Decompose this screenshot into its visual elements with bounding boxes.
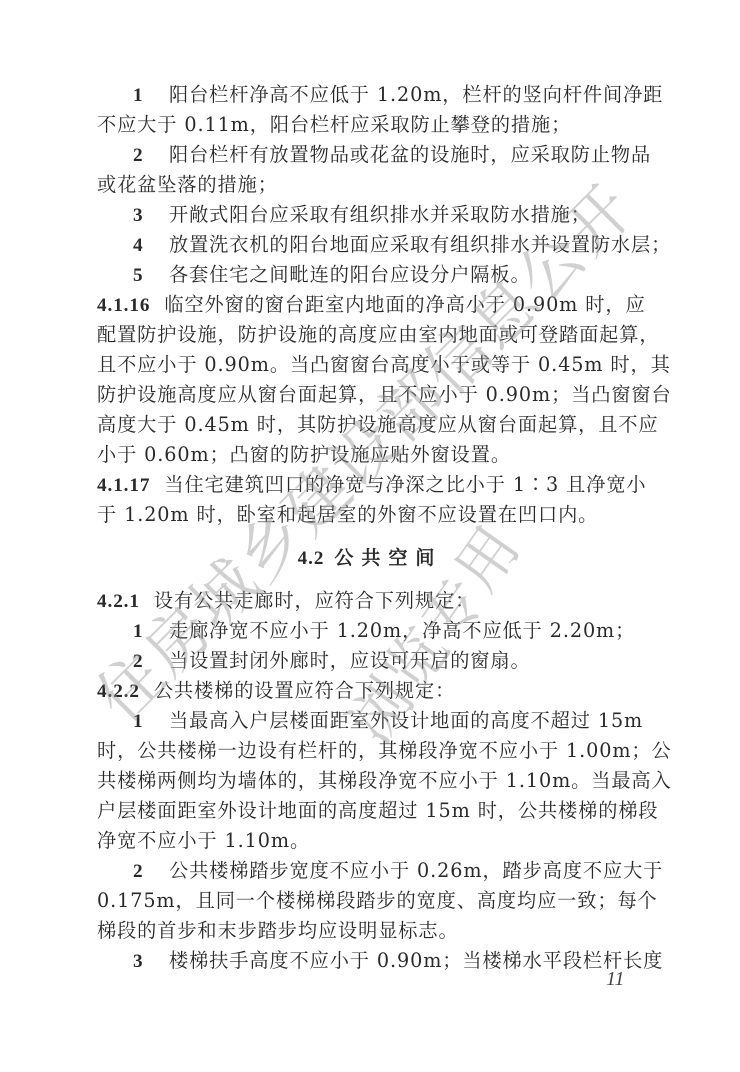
list-item-line: 4放置洗衣机的阳台地面应采取有组织排水并设置防水层； [97, 230, 643, 260]
line-text: 公共楼梯的设置应符合下列规定： [154, 679, 455, 702]
line-text: 高度大于 0.45m 时，其防护设施高度应从窗台面起算，且不应 [97, 413, 659, 436]
line-text: 净宽不应小于 1.10m。 [97, 829, 310, 852]
line-text: 开敞式阳台应采取有组织排水并采取防水措施； [169, 203, 591, 226]
item-number: 3 [133, 947, 169, 977]
continuation-line: 防护设施高度应从窗台面起算，且不应小于 0.90m；当凸窗窗台 [97, 380, 643, 410]
section-title: 公共空间 [334, 547, 442, 569]
line-text: 设有公共走廊时，应符合下列规定： [154, 589, 475, 612]
line-text: 当住宅建筑凹口的净宽与净深之比小于 1∶3 且净宽小 [164, 473, 646, 496]
section-heading: 4.2公共空间 [97, 530, 643, 574]
continuation-line: 时，公共楼梯一边设有栏杆的，其梯段净宽不应小于 1.00m；公 [97, 736, 643, 766]
line-text: 共楼梯两侧均为墙体的，其梯段净宽不应小于 1.10m。当最高入 [97, 769, 672, 792]
list-item-line: 2阳台栏杆有放置物品或花盆的设施时，应采取防止物品 [97, 140, 643, 170]
line-text: 当最高入户层楼面距室外设计地面的高度不超过 15m [169, 709, 643, 732]
item-number: 4 [133, 231, 169, 261]
continuation-line: 0.175m，且同一个楼梯梯段踏步的宽度、高度均应一致；每个 [97, 886, 643, 916]
item-number: 2 [133, 141, 169, 171]
section-4-2: 4.2.1设有公共走廊时，应符合下列规定：1走廊净宽不应小于 1.20m，净高不… [97, 586, 643, 976]
clause-number: 4.1.16 [97, 291, 150, 321]
item-number: 5 [133, 261, 169, 291]
section-4-1-continued: 1阳台栏杆净高不应低于 1.20m，栏杆的竖向杆件间净距不应大于 0.11m，阳… [97, 80, 643, 530]
continuation-line: 高度大于 0.45m 时，其防护设施高度应从窗台面起算，且不应 [97, 410, 643, 440]
body-text: 1阳台栏杆净高不应低于 1.20m，栏杆的竖向杆件间净距不应大于 0.11m，阳… [97, 80, 643, 976]
clause-number: 4.2.1 [97, 587, 140, 617]
line-text: 时，公共楼梯一边设有栏杆的，其梯段净宽不应小于 1.00m；公 [97, 739, 672, 762]
line-text: 或花盆坠落的措施； [97, 173, 278, 196]
list-item-line: 3开敞式阳台应采取有组织排水并采取防水措施； [97, 200, 643, 230]
continuation-line: 配置防护设施，防护设施的高度应由室内地面或可登踏面起算， [97, 320, 643, 350]
line-text: 阳台栏杆净高不应低于 1.20m，栏杆的竖向杆件间净距 [169, 83, 663, 106]
line-text: 户层楼面距室外设计地面的高度超过 15m 时，公共楼梯的梯段 [97, 799, 659, 822]
clause-number: 4.2.2 [97, 677, 140, 707]
line-text: 走廊净宽不应小于 1.20m，净高不应低于 2.20m； [169, 619, 635, 642]
item-number: 1 [133, 707, 169, 737]
list-item-line: 2公共楼梯踏步宽度不应小于 0.26m，踏步高度不应大于 [97, 856, 643, 886]
line-text: 放置洗衣机的阳台地面应采取有组织排水并设置防水层； [169, 233, 671, 256]
line-text: 梯段的首步和末步踏步均应设明显标志。 [97, 919, 459, 942]
line-text: 楼梯扶手高度不应小于 0.90m；当楼梯水平段栏杆长度 [169, 949, 663, 972]
list-item-line: 5各套住宅之间毗连的阳台应设分户隔板。 [97, 260, 643, 290]
item-number: 3 [133, 201, 169, 231]
continuation-line: 小于 0.60m；凸窗的防护设施应贴外窗设置。 [97, 440, 643, 470]
line-text: 当设置封闭外廊时，应设可开启的窗扇。 [169, 649, 531, 672]
line-text: 各套住宅之间毗连的阳台应设分户隔板。 [169, 263, 531, 286]
item-number: 2 [133, 857, 169, 887]
list-item-line: 1阳台栏杆净高不应低于 1.20m，栏杆的竖向杆件间净距 [97, 80, 643, 110]
clause-line: 4.1.16临空外窗的窗台距室内地面的净高小于 0.90m 时，应 [97, 290, 643, 320]
line-text: 于 1.20m 时，卧室和起居室的外窗不应设置在凹口内。 [97, 503, 598, 526]
item-number: 2 [133, 647, 169, 677]
line-text: 阳台栏杆有放置物品或花盆的设施时，应采取防止物品 [169, 143, 651, 166]
list-item-line: 2当设置封闭外廊时，应设可开启的窗扇。 [97, 646, 643, 676]
line-text: 公共楼梯踏步宽度不应小于 0.26m，踏步高度不应大于 [169, 859, 663, 882]
line-text: 不应大于 0.11m，阳台栏杆应采取防止攀登的措施； [97, 113, 571, 136]
continuation-line: 共楼梯两侧均为墙体的，其梯段净宽不应小于 1.10m。当最高入 [97, 766, 643, 796]
list-item-line: 1走廊净宽不应小于 1.20m，净高不应低于 2.20m； [97, 616, 643, 646]
continuation-line: 且不应小于 0.90m。当凸窗窗台高度小于或等于 0.45m 时，其 [97, 350, 643, 380]
line-text: 且不应小于 0.90m。当凸窗窗台高度小于或等于 0.45m 时，其 [97, 353, 671, 376]
item-number: 1 [133, 81, 169, 111]
list-item-line: 1当最高入户层楼面距室外设计地面的高度不超过 15m [97, 706, 643, 736]
line-text: 临空外窗的窗台距室内地面的净高小于 0.90m 时，应 [164, 293, 645, 316]
item-number: 1 [133, 617, 169, 647]
clause-line: 4.1.17当住宅建筑凹口的净宽与净深之比小于 1∶3 且净宽小 [97, 470, 643, 500]
clause-line: 4.2.2公共楼梯的设置应符合下列规定： [97, 676, 643, 706]
line-text: 防护设施高度应从窗台面起算，且不应小于 0.90m；当凸窗窗台 [97, 383, 672, 406]
document-page: 1阳台栏杆净高不应低于 1.20m，栏杆的竖向杆件间净距不应大于 0.11m，阳… [0, 0, 740, 1072]
line-text: 0.175m，且同一个楼梯梯段踏步的宽度、高度均应一致；每个 [97, 889, 658, 912]
continuation-line: 户层楼面距室外设计地面的高度超过 15m 时，公共楼梯的梯段 [97, 796, 643, 826]
continuation-line: 梯段的首步和末步踏步均应设明显标志。 [97, 916, 643, 946]
list-item-line: 3楼梯扶手高度不应小于 0.90m；当楼梯水平段栏杆长度 [97, 946, 643, 976]
section-number: 4.2 [298, 548, 325, 569]
continuation-line: 不应大于 0.11m，阳台栏杆应采取防止攀登的措施； [97, 110, 643, 140]
continuation-line: 或花盆坠落的措施； [97, 170, 643, 200]
clause-line: 4.2.1设有公共走廊时，应符合下列规定： [97, 586, 643, 616]
continuation-line: 净宽不应小于 1.10m。 [97, 826, 643, 856]
line-text: 配置防护设施，防护设施的高度应由室内地面或可登踏面起算， [97, 323, 659, 346]
line-text: 小于 0.60m；凸窗的防护设施应贴外窗设置。 [97, 443, 511, 466]
page-number: 11 [606, 968, 625, 991]
continuation-line: 于 1.20m 时，卧室和起居室的外窗不应设置在凹口内。 [97, 500, 643, 530]
clause-number: 4.1.17 [97, 471, 150, 501]
